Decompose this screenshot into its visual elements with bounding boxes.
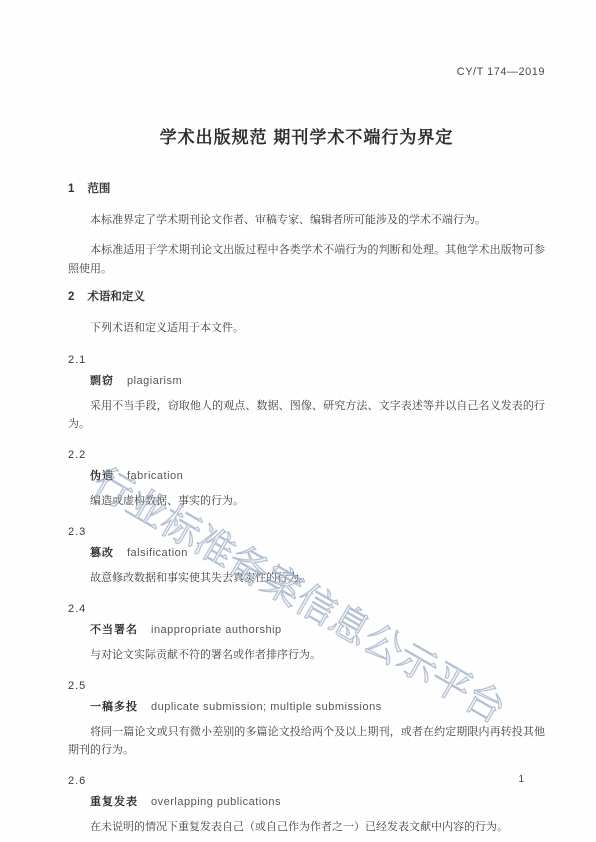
term-line: 剽窃plagiarism [68, 374, 545, 389]
term-definition: 采用不当手段，窃取他人的观点、数据、图像、研究方法、文字表述等并以自己名义发表的… [68, 397, 545, 433]
term-chinese: 一稿多投 [90, 701, 138, 713]
term-line: 一稿多投duplicate submission; multiple submi… [68, 700, 545, 715]
term-definition: 将同一篇论文或只有微小差别的多篇论文投给两个及以上期刊，或者在约定期限内再转投其… [68, 723, 545, 759]
section-1-heading: 1范围 [68, 182, 545, 197]
term-english: plagiarism [127, 375, 182, 387]
term-chinese: 不当署名 [90, 624, 138, 636]
section-2-number: 2 [68, 291, 74, 303]
term-number: 2.2 [68, 448, 545, 462]
term-english: duplicate submission; multiple submissio… [151, 701, 382, 713]
term-definition: 在未说明的情况下重复发表自己（或自己作为作者之一）已经发表文献中内容的行为。 [68, 818, 545, 836]
term-number: 2.1 [68, 353, 545, 367]
term-definition: 与对论文实际贡献不符的署名或作者排序行为。 [68, 646, 545, 664]
term-chinese: 剽窃 [90, 375, 114, 387]
document-title: 学术出版规范 期刊学术不端行为界定 [68, 127, 545, 149]
term-number: 2.6 [68, 774, 545, 788]
term-number: 2.3 [68, 525, 545, 539]
section-1-number: 1 [68, 183, 74, 195]
terms-intro: 下列术语和定义适用于本文件。 [68, 319, 545, 338]
page-number: 1 [518, 774, 524, 785]
term-line: 篡改falsification [68, 546, 545, 561]
term-number: 2.5 [68, 679, 545, 693]
section-1-title: 范围 [87, 183, 110, 195]
standard-number: CY/T 174—2019 [68, 66, 545, 79]
section-2-heading: 2术语和定义 [68, 290, 545, 305]
term-block-2-4: 2.4 不当署名inappropriate authorship 与对论文实际贡… [68, 602, 545, 664]
term-english: fabrication [127, 470, 183, 482]
term-chinese: 重复发表 [90, 796, 138, 808]
term-line: 伪造fabrication [68, 469, 545, 484]
term-english: falsification [127, 547, 188, 559]
term-english: overlapping publications [151, 796, 281, 808]
term-block-2-2: 2.2 伪造fabrication 编造或虚构数据、事实的行为。 [68, 448, 545, 510]
scope-paragraph-2: 本标准适用于学术期刊论文出版过程中各类学术不端行为的判断和处理。其他学术出版物可… [68, 241, 545, 279]
term-definition: 编造或虚构数据、事实的行为。 [68, 492, 545, 510]
term-block-2-6: 2.6 重复发表overlapping publications 在未说明的情况… [68, 774, 545, 836]
section-2-title: 术语和定义 [87, 291, 145, 303]
scope-paragraph-1: 本标准界定了学术期刊论文作者、审稿专家、编辑者所可能涉及的学术不端行为。 [68, 211, 545, 230]
term-block-2-1: 2.1 剽窃plagiarism 采用不当手段，窃取他人的观点、数据、图像、研究… [68, 353, 545, 433]
term-chinese: 篡改 [90, 547, 114, 559]
term-block-2-5: 2.5 一稿多投duplicate submission; multiple s… [68, 679, 545, 759]
term-line: 重复发表overlapping publications [68, 795, 545, 810]
term-definition: 故意修改数据和事实使其失去真实性的行为。 [68, 569, 545, 587]
term-chinese: 伪造 [90, 470, 114, 482]
term-block-2-3: 2.3 篡改falsification 故意修改数据和事实使其失去真实性的行为。 [68, 525, 545, 587]
term-english: inappropriate authorship [151, 624, 282, 636]
term-number: 2.4 [68, 602, 545, 616]
term-line: 不当署名inappropriate authorship [68, 623, 545, 638]
document-page: 行业标准备案信息公示平台 CY/T 174—2019 学术出版规范 期刊学术不端… [0, 0, 596, 842]
